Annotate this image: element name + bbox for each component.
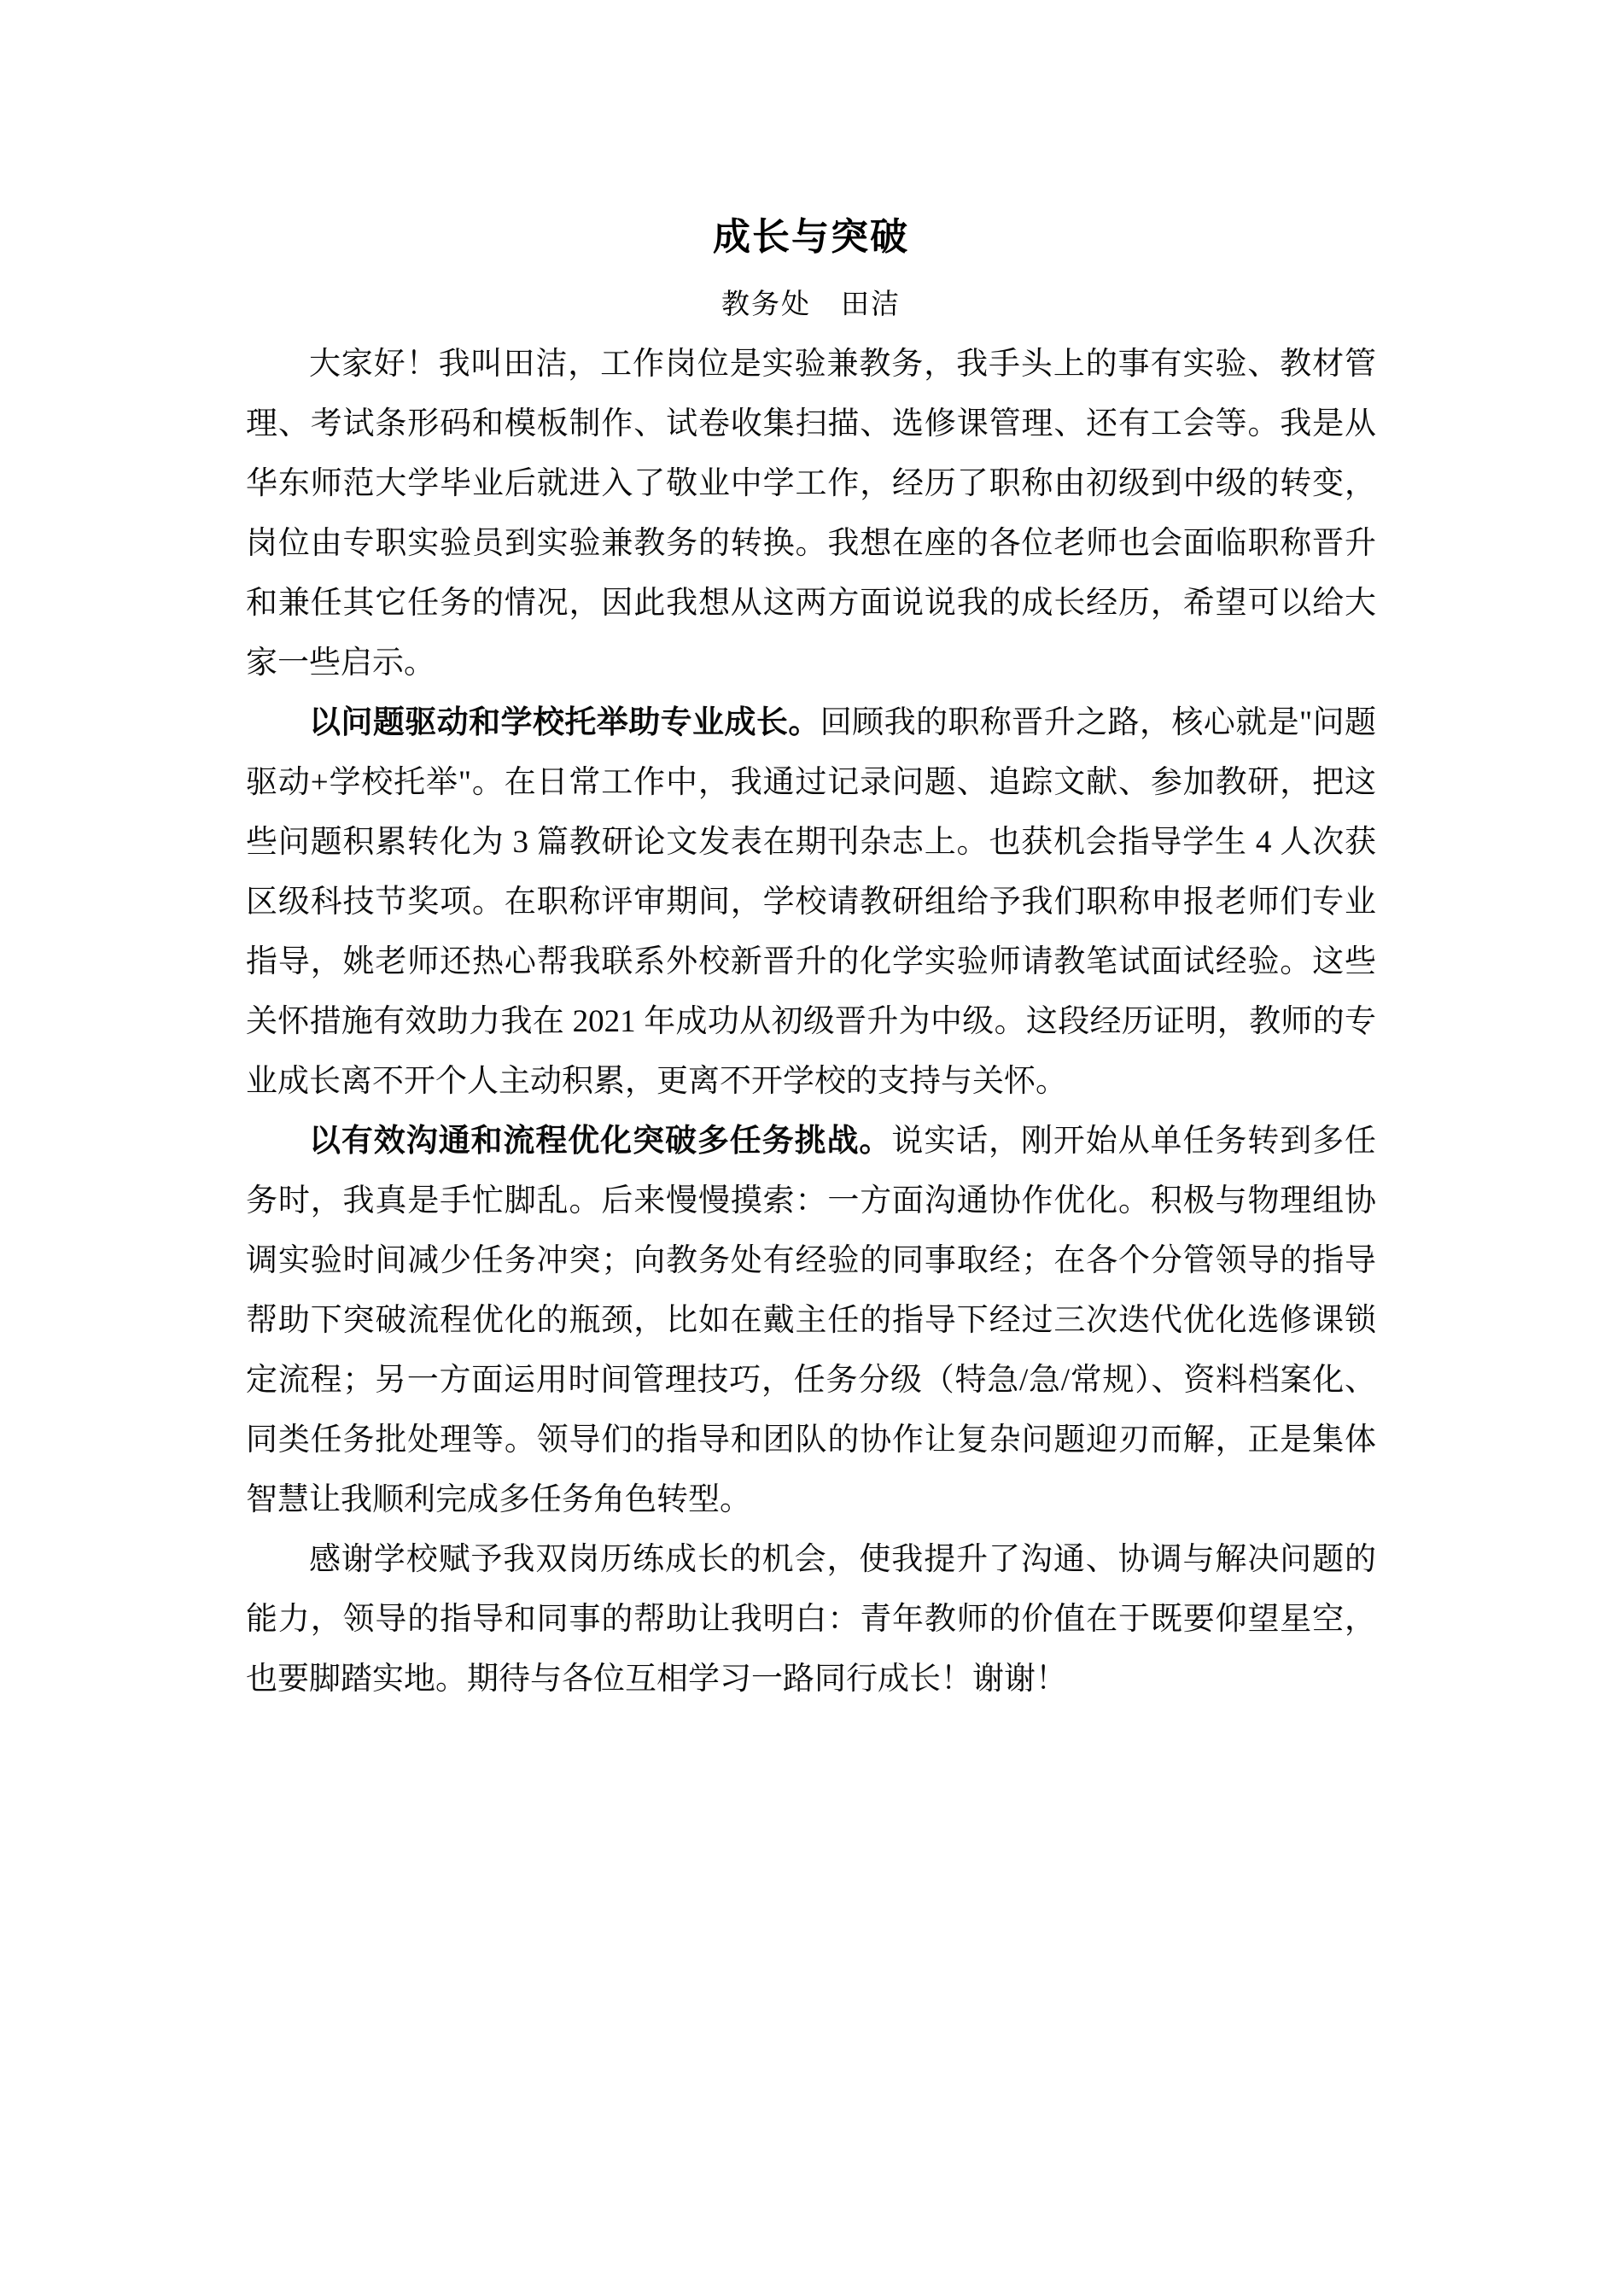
paragraph-growth-text: 回顾我的职称晋升之路，核心就是"问题驱动+学校托举"。在日常工作中，我通过记录问… <box>246 705 1376 1099</box>
paragraph-breakthrough-lead: 以有效沟通和流程优化突破多任务挑战。 <box>309 1124 891 1159</box>
paragraph-intro: 大家好！我叫田洁，工作岗位是实验兼教务，我手头上的事有实验、教材管理、考试条形码… <box>246 335 1376 693</box>
document-page: 成长与突破 教务处 田洁 大家好！我叫田洁，工作岗位是实验兼教务，我手头上的事有… <box>0 0 1622 2296</box>
paragraph-growth: 以问题驱动和学校托举助专业成长。回顾我的职称晋升之路，核心就是"问题驱动+学校托… <box>246 693 1376 1112</box>
document-title: 成长与突破 <box>246 207 1376 267</box>
paragraph-breakthrough: 以有效沟通和流程优化突破多任务挑战。说实话，刚开始从单任务转到多任务时，我真是手… <box>246 1112 1376 1530</box>
paragraph-breakthrough-text: 说实话，刚开始从单任务转到多任务时，我真是手忙脚乱。后来慢慢摸索：一方面沟通协作… <box>246 1124 1376 1517</box>
document-byline: 教务处 田洁 <box>246 275 1376 335</box>
document-body: 大家好！我叫田洁，工作岗位是实验兼教务，我手头上的事有实验、教材管理、考试条形码… <box>246 335 1376 1709</box>
paragraph-intro-text: 大家好！我叫田洁，工作岗位是实验兼教务，我手头上的事有实验、教材管理、考试条形码… <box>246 347 1376 681</box>
paragraph-closing-text: 感谢学校赋予我双岗历练成长的机会，使我提升了沟通、协调与解决问题的能力，领导的指… <box>246 1542 1376 1697</box>
paragraph-growth-lead: 以问题驱动和学校托举助专业成长。 <box>309 705 820 740</box>
paragraph-closing: 感谢学校赋予我双岗历练成长的机会，使我提升了沟通、协调与解决问题的能力，领导的指… <box>246 1530 1376 1709</box>
